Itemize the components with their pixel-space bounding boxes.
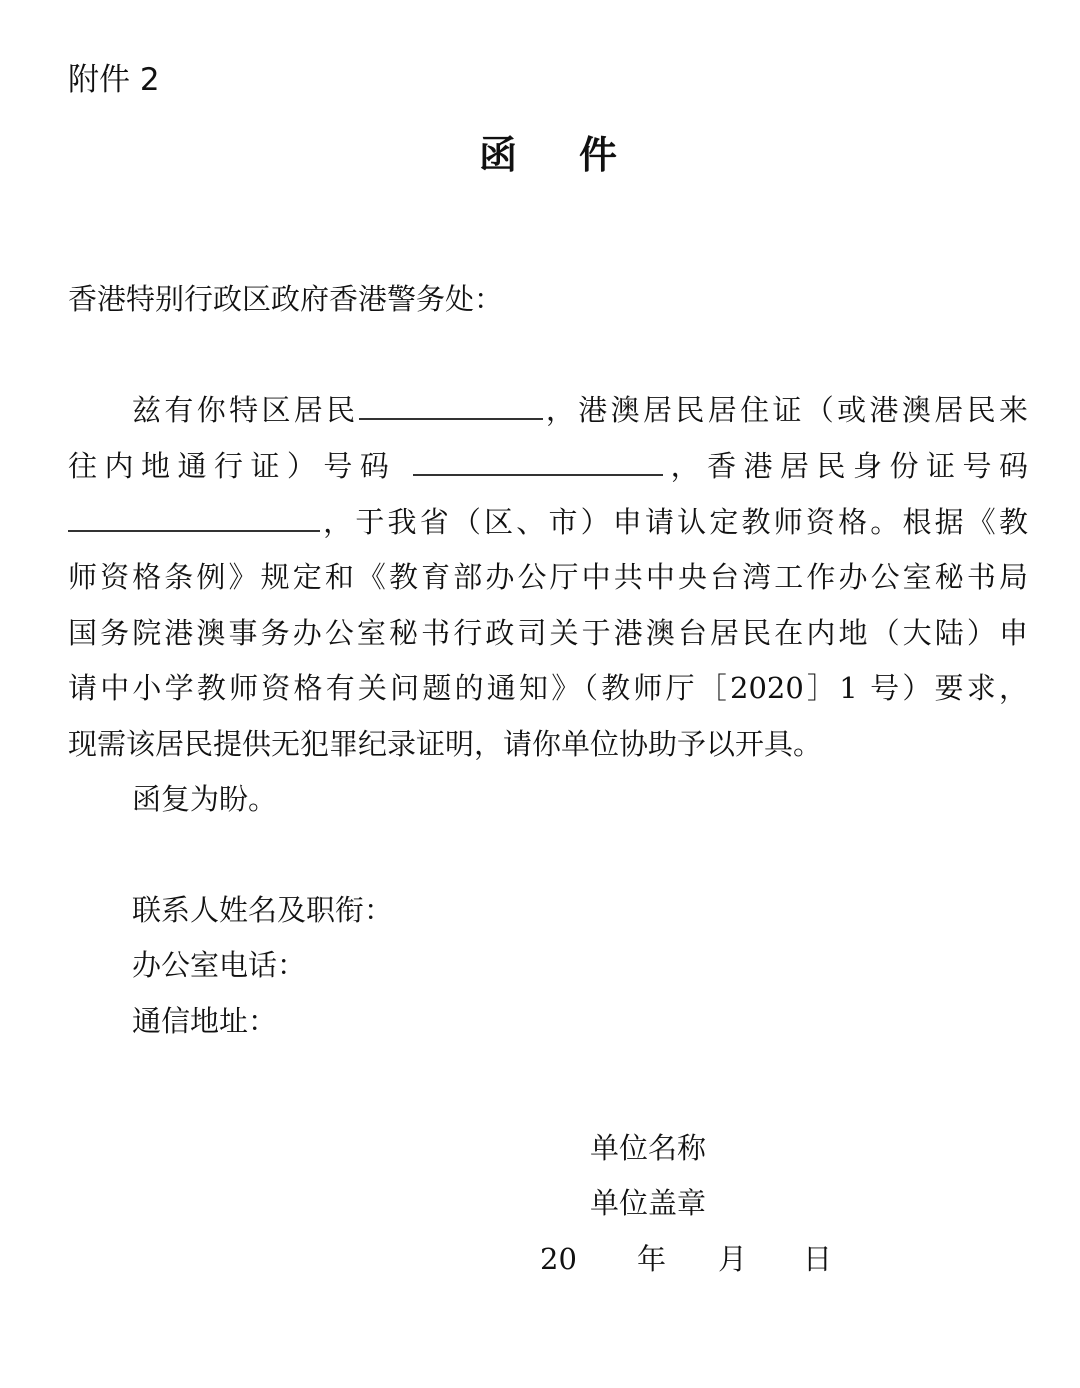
body-line-1: 兹有你特区居民，港澳居民居住证（或港澳居民来 — [132, 388, 1028, 432]
permit-number-blank[interactable] — [413, 448, 663, 476]
addressee: 香港特别行政区政府香港警务处： — [68, 277, 503, 321]
contact-name-title: 联系人姓名及职衔： — [132, 888, 1028, 932]
body-line-2: 往内地通行证）号码 ，香港居民身份证号码 — [68, 444, 1028, 488]
date-year: 年 — [637, 1237, 666, 1281]
attachment-label: 附件 2 — [68, 58, 160, 102]
unit-name: 单位名称 — [590, 1126, 706, 1170]
date-year-prefix: 20 — [540, 1237, 577, 1281]
title-char-1: 函 — [479, 132, 517, 177]
body-line-7: 现需该居民提供无犯罪纪录证明，请你单位协助予以开具。 — [68, 722, 1028, 766]
unit-seal: 单位盖章 — [590, 1181, 706, 1225]
date-day: 日 — [803, 1237, 832, 1281]
resident-name-blank[interactable] — [359, 392, 543, 420]
closing-line: 函复为盼。 — [132, 777, 1028, 821]
body-line-4: 师资格条例》规定和《教育部办公厅中共中央台湾工作办公室秘书局 — [68, 555, 1028, 599]
body-line-5: 国务院港澳事务办公室秘书行政司关于港澳台居民在内地（大陆）申 — [68, 611, 1028, 655]
body-line-6: 请中小学教师资格有关问题的通知》（教师厅［2020］1 号）要求， — [68, 666, 1028, 710]
contact-phone: 办公室电话： — [132, 943, 1028, 987]
document-title: 函件 — [0, 128, 1080, 182]
hkid-number-blank[interactable] — [68, 504, 320, 532]
title-char-2: 件 — [579, 132, 617, 177]
contact-address: 通信地址： — [132, 999, 1028, 1043]
date-month: 月 — [718, 1237, 747, 1281]
body-line-3: ，于我省（区、市）申请认定教师资格。根据《教 — [68, 500, 1028, 544]
